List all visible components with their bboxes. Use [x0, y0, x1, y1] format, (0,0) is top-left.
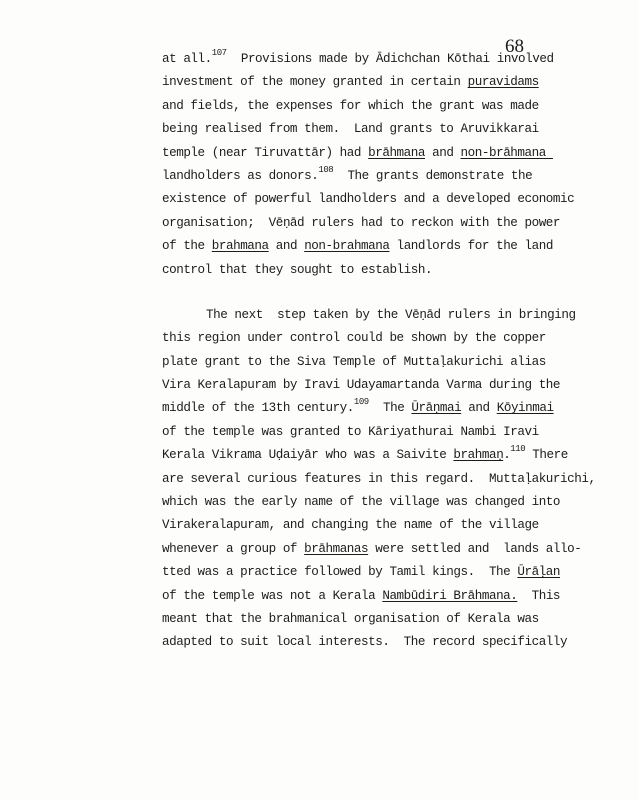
text-run: and — [425, 146, 461, 160]
text-run: and — [269, 239, 305, 253]
text-line: are several curious features in this reg… — [162, 468, 602, 491]
text-run: Kerala Vikrama Uḍaiyār who was a Saivite — [162, 448, 453, 462]
text-line: at all.107 Provisions made by Ādichchan … — [162, 48, 602, 71]
text-line: The next step taken by the Vēṇād rulers … — [162, 304, 602, 327]
text-line: control that they sought to establish. — [162, 259, 602, 282]
underlined-term: Ūrāḷan — [517, 565, 560, 579]
text-run: landlords for the land — [389, 239, 552, 253]
paragraph-gap — [162, 282, 602, 304]
text-line: being realised from them. Land grants to… — [162, 118, 602, 141]
underlined-term: brāhmana — [368, 146, 425, 160]
text-line: Virakeralapuram, and changing the name o… — [162, 514, 602, 537]
text-run: investment of the money granted in certa… — [162, 75, 468, 89]
underlined-term: Ūrāṇmai — [411, 401, 461, 415]
text-run: Vira Keralapuram by Iravi Udayamartanda … — [162, 378, 560, 392]
text-line: existence of powerful landholders and a … — [162, 188, 602, 211]
footnote-marker: 108 — [318, 165, 333, 175]
text-run: this region under control could be shown… — [162, 331, 546, 345]
text-run: of the temple was not a Kerala — [162, 589, 382, 603]
text-run: There — [525, 448, 568, 462]
underlined-term: Nambūdiri Brāhmana. — [382, 589, 517, 603]
text-run: tted was a practice followed by Tamil ki… — [162, 565, 517, 579]
body-text: at all.107 Provisions made by Ādichchan … — [162, 48, 602, 655]
paragraph: at all.107 Provisions made by Ādichchan … — [162, 48, 602, 282]
text-run: of the — [162, 239, 212, 253]
text-run: adapted to suit local interests. The rec… — [162, 635, 567, 649]
text-run: meant that the brahmanical organisation … — [162, 612, 539, 626]
text-line: of the temple was granted to Kāriyathura… — [162, 421, 602, 444]
text-run: organisation; Vēṇād rulers had to reckon… — [162, 216, 560, 230]
text-run: existence of powerful landholders and a … — [162, 192, 574, 206]
text-line: middle of the 13th century.109 The Ūrāṇm… — [162, 397, 602, 420]
text-line: tted was a practice followed by Tamil ki… — [162, 561, 602, 584]
footnote-marker: 110 — [510, 444, 525, 454]
text-line: Vira Keralapuram by Iravi Udayamartanda … — [162, 374, 602, 397]
text-run: control that they sought to establish. — [162, 263, 432, 277]
text-run: were settled and lands allo- — [368, 542, 581, 556]
text-line: of the temple was not a Kerala Nambūdiri… — [162, 585, 602, 608]
text-run: The grants demonstrate the — [333, 169, 532, 183]
underlined-term: brahmana — [212, 239, 269, 253]
text-run: and fields, the expenses for which the g… — [162, 99, 539, 113]
text-run: are several curious features in this reg… — [162, 472, 596, 486]
text-run: which was the early name of the village … — [162, 495, 560, 509]
footnote-marker: 109 — [354, 397, 369, 407]
text-line: temple (near Tiruvattār) had brāhmana an… — [162, 142, 602, 165]
text-line: organisation; Vēṇād rulers had to reckon… — [162, 212, 602, 235]
underlined-term: Kōyinmai — [497, 401, 554, 415]
paragraph: The next step taken by the Vēṇād rulers … — [162, 304, 602, 655]
text-line: landholders as donors.108 The grants dem… — [162, 165, 602, 188]
text-line: this region under control could be shown… — [162, 327, 602, 350]
text-run: plate grant to the Siva Temple of Muttaḷ… — [162, 355, 546, 369]
text-run: This — [517, 589, 560, 603]
text-run: of the temple was granted to Kāriyathura… — [162, 425, 539, 439]
text-run: Virakeralapuram, and changing the name o… — [162, 518, 539, 532]
text-line: which was the early name of the village … — [162, 491, 602, 514]
text-line: adapted to suit local interests. The rec… — [162, 631, 602, 654]
text-run: at all. — [162, 52, 212, 66]
text-line: meant that the brahmanical organisation … — [162, 608, 602, 631]
underlined-term: brāhmanas — [304, 542, 368, 556]
text-run: The next step taken by the Vēṇād rulers … — [206, 308, 576, 322]
text-run: Provisions made by Ādichchan Kōthai invo… — [227, 52, 554, 66]
text-line: plate grant to the Siva Temple of Muttaḷ… — [162, 351, 602, 374]
text-line: whenever a group of brāhmanas were settl… — [162, 538, 602, 561]
footnote-marker: 107 — [212, 48, 227, 58]
text-line: of the brahmana and non-brahmana landlor… — [162, 235, 602, 258]
text-run: and — [461, 401, 497, 415]
text-run: whenever a group of — [162, 542, 304, 556]
text-line: Kerala Vikrama Uḍaiyār who was a Saivite… — [162, 444, 602, 467]
underlined-term: brahmaṇ — [453, 448, 503, 462]
text-run: landholders as donors. — [162, 169, 318, 183]
text-run: The — [369, 401, 412, 415]
underlined-term: puravidams — [468, 75, 539, 89]
underlined-term: non-brāhmana — [461, 146, 553, 160]
text-run: temple (near Tiruvattār) had — [162, 146, 368, 160]
document-page: 68 at all.107 Provisions made by Ādichch… — [0, 0, 638, 800]
text-run: middle of the 13th century. — [162, 401, 354, 415]
text-line: investment of the money granted in certa… — [162, 71, 602, 94]
text-run: being realised from them. Land grants to… — [162, 122, 539, 136]
text-line: and fields, the expenses for which the g… — [162, 95, 602, 118]
underlined-term: non-brahmana — [304, 239, 389, 253]
